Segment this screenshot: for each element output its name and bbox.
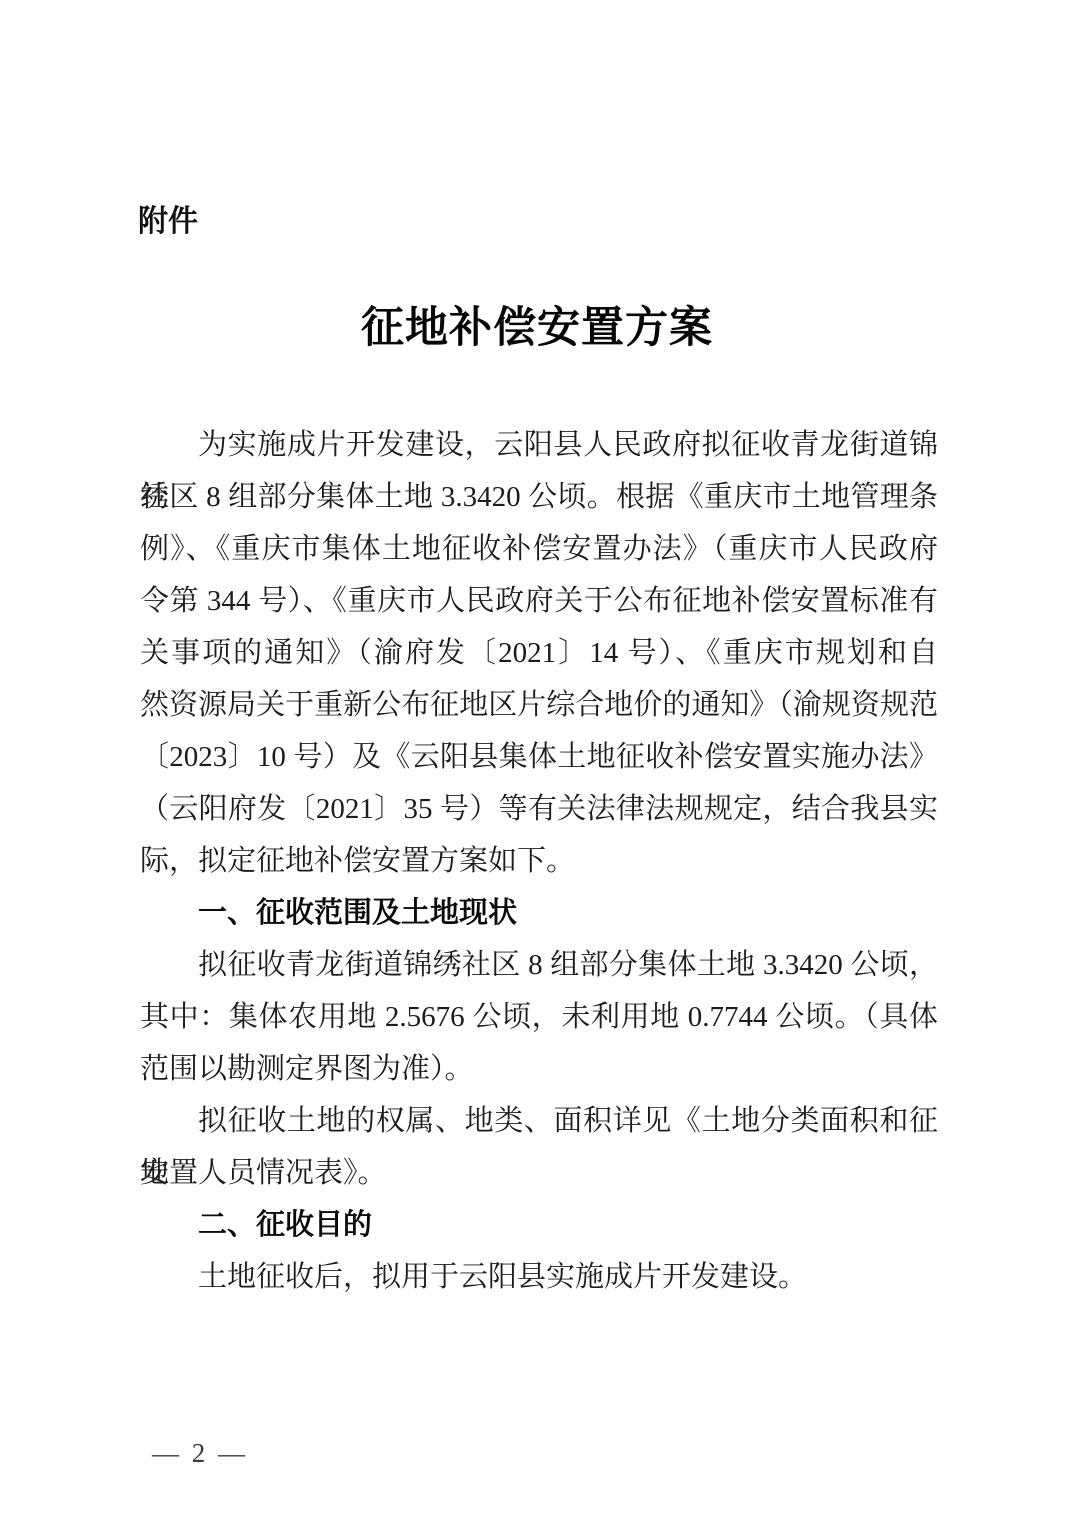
text-line: 际，拟定征地补偿安置方案如下。 xyxy=(140,835,938,887)
section-heading-1: 一、征收范围及土地现状 xyxy=(140,887,938,939)
text-line: 为实施成片开发建设，云阳县人民政府拟征收青龙街道锦绣 xyxy=(140,419,938,471)
text-line: 例》、《重庆市集体土地征收补偿安置办法》（重庆市人民政府 xyxy=(140,523,938,575)
document-title: 征地补偿安置方案 xyxy=(0,294,1074,355)
document-page: 附件 征地补偿安置方案 为实施成片开发建设，云阳县人民政府拟征收青龙街道锦绣 社… xyxy=(0,0,1074,1520)
text-line: 社区 8 组部分集体土地 3.3420 公顷。根据《重庆市土地管理条 xyxy=(140,471,938,523)
text-line: 安置人员情况表》。 xyxy=(140,1147,938,1199)
text-line: 拟征收土地的权属、地类、面积详见《土地分类面积和征地 xyxy=(140,1095,938,1147)
text-line: 令第 344 号）、《重庆市人民政府关于公布征地补偿安置标准有 xyxy=(140,575,938,627)
text-line: 其中：集体农用地 2.5676 公顷，未利用地 0.7744 公顷。（具体 xyxy=(140,991,938,1043)
attachment-label: 附件 xyxy=(138,196,198,240)
page-number: — 2 — xyxy=(152,1438,248,1469)
text-line: 〔2023〕10 号）及《云阳县集体土地征收补偿安置实施办法》 xyxy=(140,731,938,783)
document-body: 为实施成片开发建设，云阳县人民政府拟征收青龙街道锦绣 社区 8 组部分集体土地 … xyxy=(140,419,938,1303)
text-line: 拟征收青龙街道锦绣社区 8 组部分集体土地 3.3420 公顷， xyxy=(140,939,938,991)
text-line: 然资源局关于重新公布征地区片综合地价的通知》（渝规资规范 xyxy=(140,679,938,731)
text-line: 关事项的通知》（渝府发〔2021〕14 号）、《重庆市规划和自 xyxy=(140,627,938,679)
text-line: 土地征收后，拟用于云阳县实施成片开发建设。 xyxy=(140,1251,938,1303)
section-heading-2: 二、征收目的 xyxy=(140,1199,938,1251)
text-line: 范围以勘测定界图为准）。 xyxy=(140,1043,938,1095)
text-line: （云阳府发〔2021〕35 号）等有关法律法规规定，结合我县实 xyxy=(140,783,938,835)
